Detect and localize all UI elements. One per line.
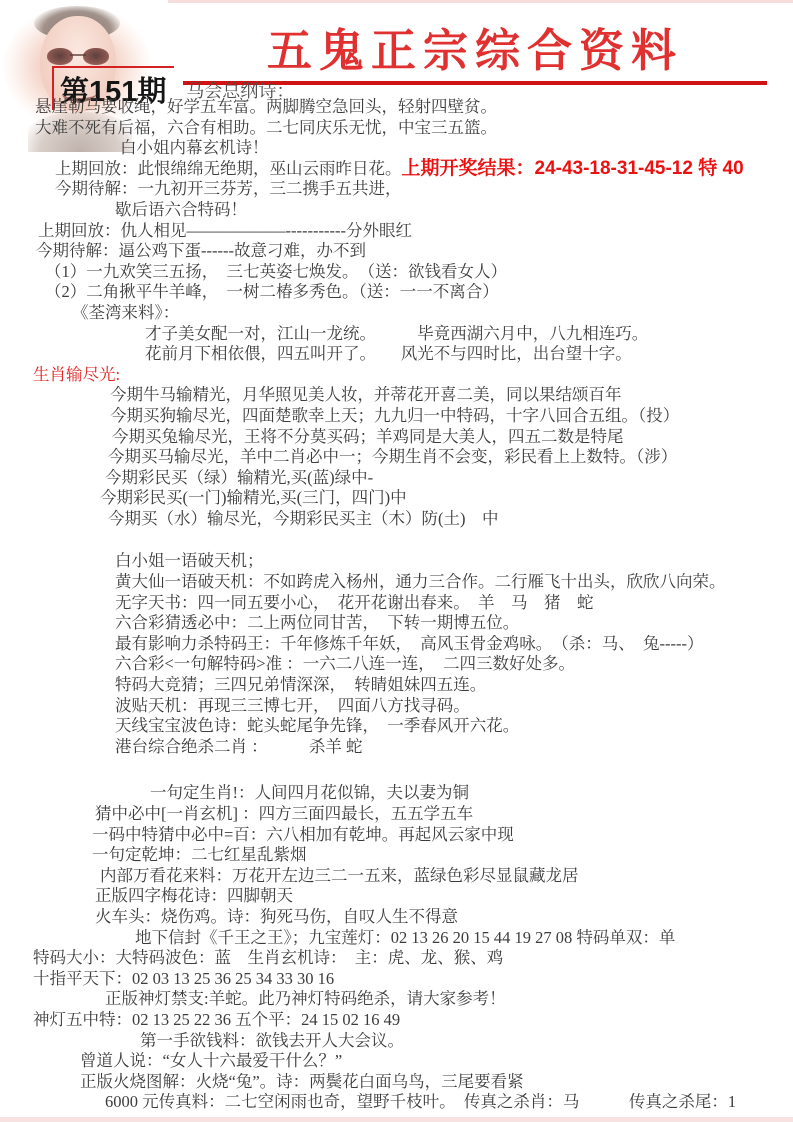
line-text: 今期彩民买（绿）输精光,买(蓝)绿中- [105,468,373,487]
line-text: 内部万看花来料：万花开左边三二一五来，蓝绿色彩尽显鼠藏龙居 [100,866,579,885]
line-text: 波贴天机：再现三三博七开， 四面八方找寻码。 [115,696,470,715]
text-line: 猜中必中[一肖玄机] ：四方三面四最长，五五学五车 [0,804,793,825]
text-line: 第一手欲钱料：欲钱去开人大会议。 [0,1031,793,1052]
text-line: 今期买兔输尽光，王将不分莫买码；羊鸡同是大美人，四五二数是特尾 [0,427,793,448]
text-line: 上期回放：此恨绵绵无绝期，巫山云雨昨日花。上期开奖结果：24-43-18-31-… [0,159,793,180]
line-text: 地下信封《千王之王》；九宝莲灯：02 13 26 20 15 44 19 27 … [135,928,675,947]
text-line: 今期买狗输尽光，四面楚歌幸上天；九九归一中特码，十字八回合五组。（投） [0,406,793,427]
line-text: 神灯五中特：02 13 25 22 36 五个平：24 15 02 16 49 [33,1010,400,1029]
line-text: 白小姐一语破天机； [115,551,264,570]
text-line: 今期买马输尽光，羊中二肖必中一；今期生肖不会变，彩民看上上数特。（涉） [0,447,793,468]
text-line: 一码中特猜中必中=百：六八相加有乾坤。再起风云家中现 [0,825,793,846]
text-line: 一句定生肖!：人间四月花似锦，夫以妻为铜 [0,783,793,804]
line-text: 今期待解：一九初开三芬芳，三二携手五共进， [55,179,402,198]
lines-container: 悬崖勒马要收绳，好学五车富。两脚腾空急回头，轻射四壁贫。大难不死有后福，六合有相… [0,97,793,1113]
text-line: 正版火烧图解：火烧“兔”。诗：两鬓花白面乌鸟，三尾要看紧 [0,1072,793,1093]
line-text: 悬崖勒马要收绳，好学五车富。两脚腾空急回头，轻射四壁贫。 [35,97,497,116]
text-line: 港台综合绝杀二肖 ： 杀羊 蛇 [0,737,793,758]
sunglasses-icon [46,48,110,66]
line-text: 上期回放：此恨绵绵无绝期，巫山云雨昨日花。 [55,159,402,178]
text-line: 六合彩猜透必中：二上两位同甘苦， 下转一期博五位。 [0,613,793,634]
line-text: 港台综合绝杀二肖 ： 杀羊 蛇 [115,737,363,756]
text-line: 6000 元传真料：二七空闲雨也奇，望野千枝叶。 传真之杀肖：马 传真之杀尾：1 [0,1092,793,1113]
text-line: 波贴天机：再现三三博七开， 四面八方找寻码。 [0,696,793,717]
line-text: 最有影响力杀特码王：千年修炼千年妖， 高风玉骨金鸡咏。 （杀：马、 兔-----… [115,634,703,653]
line-text: 特码大小：大特码波色：蓝 生肖玄机诗： 主：虎、龙、猴、鸡 [33,948,503,967]
line-text: 才子美女配一对，江山一龙统。 毕竟西湖六月中，八九相连巧。 [145,324,648,343]
text-line: 生肖输尽光: [0,365,793,386]
text-line: 一句定乾坤：二七红星乱紫烟 [0,845,793,866]
line-text: 天线宝宝波色诗：蛇头蛇尾争先锋， 一季春风开六花。 [115,716,519,735]
text-line: 最有影响力杀特码王：千年修炼千年妖， 高风玉骨金鸡咏。 （杀：马、 兔-----… [0,634,793,655]
text-line: 神灯五中特：02 13 25 22 36 五个平：24 15 02 16 49 [0,1010,793,1031]
line-text: 正版四字梅花诗：四脚朝天 [95,886,293,905]
text-line: 特码大竞猜；三四兄弟情深深， 转睛姐妹四五连。 [0,675,793,696]
text-line: 歇后语六合特码！ [0,200,793,221]
text-line: 花前月下相依偎，四五叫开了。 风光不与四时比，出台望十字。 [0,344,793,365]
text-line: 天线宝宝波色诗：蛇头蛇尾争先锋， 一季春风开六花。 [0,716,793,737]
line-text: 六合彩猜透必中：二上两位同甘苦， 下转一期博五位。 [115,613,519,632]
line-text: 火车头：烧伤鸡。诗：狗死马伤，自叹人生不得意 [95,907,458,926]
text-line: 今期买（水）输尽光，今期彩民买主（木）防(土) 中 [0,509,793,530]
text-line: 今期彩民买(一门)输精光,买(三门，四门)中 [0,488,793,509]
scan-artifact-bottom [0,1117,793,1122]
text-line: 今期待解：一九初开三芬芳，三二携手五共进， [0,179,793,200]
line-text: 一句定乾坤：二七红星乱紫烟 [92,845,307,864]
text-line: 今期待解：逼公鸡下蛋------故意刁难，办不到 [0,241,793,262]
line-text: 今期买马输尽光，羊中二肖必中一；今期生肖不会变，彩民看上上数特。（涉） [108,447,677,466]
line-text: 无字天书：四一同五要小心， 花开花谢出春来。 羊 马 猪 蛇 [115,593,594,612]
text-line: 火车头：烧伤鸡。诗：狗死马伤，自叹人生不得意 [0,907,793,928]
text-line: 特码大小：大特码波色：蓝 生肖玄机诗： 主：虎、龙、猴、鸡 [0,948,793,969]
line-text: 今期买狗输尽光，四面楚歌幸上天；九九归一中特码，十字八回合五组。（投） [110,406,679,425]
text-line: 正版神灯禁支:羊蛇。此乃神灯特码绝杀，请大家参考！ [0,989,793,1010]
text-line: 曾道人说：“女人十六最爱干什么？” [0,1051,793,1072]
text-line: 十指平天下：02 03 13 25 36 25 34 33 30 16 [0,969,793,990]
line-text: 6000 元传真料：二七空闲雨也奇，望野千枝叶。 传真之杀肖：马 传真之杀尾：1 [105,1092,736,1111]
line-text: 一码中特猜中必中=百：六八相加有乾坤。再起风云家中现 [92,825,514,844]
line-text: 今期买兔输尽光，王将不分莫买码；羊鸡同是大美人，四五二数是特尾 [112,427,624,446]
line-text: 特码大竞猜；三四兄弟情深深， 转睛姐妹四五连。 [115,675,486,694]
line-text: 上期回放：仇人相见——————-----------分外眼红 [38,221,412,240]
text-line: （1）一九欢笑三五扬， 三七英姿七焕发。 （送：欲钱看女人） [0,262,793,283]
text-line: 白小姐内幕玄机诗！ [0,138,793,159]
line-text: 第一手欲钱料：欲钱去开人大会议。 [140,1031,404,1050]
text-line: 今期牛马输精光，月华照见美人妆，并蒂花开喜二美，同以果结颂百年 [0,385,793,406]
line-text: 歇后语六合特码！ [115,200,247,219]
text-line: 今期彩民买（绿）输精光,买(蓝)绿中- [0,468,793,489]
line-text: （1）一九欢笑三五扬， 三七英姿七焕发。 （送：欲钱看女人） [45,262,507,281]
line-text: （2）二角揪平牛羊峰， 一树二椿多秀色。（送：一一不离合） [45,282,499,301]
line-text: 今期牛马输精光，月华照见美人妆，并蒂花开喜二美，同以果结颂百年 [110,385,622,404]
text-line: 内部万看花来料：万花开左边三二一五来，蓝绿色彩尽显鼠藏龙居 [0,866,793,887]
line-text: 今期彩民买(一门)输精光,买(三门，四门)中 [100,488,407,507]
text-line: 悬崖勒马要收绳，好学五车富。两脚腾空急回头，轻射四壁贫。 [0,97,793,118]
line-text: 大难不死有后福，六合有相助。二七同庆乐无忧，中宝三五篮。 [35,118,497,137]
line-text: 今期待解：逼公鸡下蛋------故意刁难，办不到 [36,241,366,260]
text-line: 《荃湾来料》： [0,303,793,324]
last-draw-result: 上期开奖结果：24-43-18-31-45-12 特 40 [402,158,744,179]
line-text: 一句定生肖!：人间四月花似锦，夫以妻为铜 [150,783,469,802]
text-line: 地下信封《千王之王》；九宝莲灯：02 13 26 20 15 44 19 27 … [0,928,793,949]
text-line: 六合彩<一句解特码>准 ：一六二八连一连， 二四三数好处多。 [0,654,793,675]
line-text: 猜中必中[一肖玄机] ：四方三面四最长，五五学五车 [95,804,473,823]
line-text: 六合彩<一句解特码>准 ：一六二八连一连， 二四三数好处多。 [115,654,575,673]
line-text: 正版火烧图解：火烧“兔”。诗：两鬓花白面乌鸟，三尾要看紧 [80,1072,524,1091]
text-line: 大难不死有后福，六合有相助。二七同庆乐无忧，中宝三五篮。 [0,118,793,139]
line-text: 花前月下相依偎，四五叫开了。 风光不与四时比，出台望十字。 [145,344,632,363]
line-text: 白小姐内幕玄机诗！ [120,138,269,157]
text-line: （2）二角揪平牛羊峰， 一树二椿多秀色。（送：一一不离合） [0,282,793,303]
text-line: 上期回放：仇人相见——————-----------分外眼红 [0,221,793,242]
line-text: 今期买（水）输尽光，今期彩民买主（木）防(土) 中 [108,509,499,528]
text-line: 才子美女配一对，江山一龙统。 毕竟西湖六月中，八九相连巧。 [0,324,793,345]
text-line: 白小姐一语破天机； [0,551,793,572]
scan-artifact-top [112,0,793,3]
text-line: 正版四字梅花诗：四脚朝天 [0,886,793,907]
line-text: 生肖输尽光: [33,365,120,384]
line-text: 正版神灯禁支:羊蛇。此乃神灯特码绝杀，请大家参考！ [105,989,506,1008]
line-text: 黄大仙一语破天机：不如跨虎入杨州，通力三合作。二行雁飞十出头，欣欣八向荣。 [115,572,726,591]
line-text: 十指平天下：02 03 13 25 36 25 34 33 30 16 [33,969,334,988]
text-line: 黄大仙一语破天机：不如跨虎入杨州，通力三合作。二行雁飞十出头，欣欣八向荣。 [0,572,793,593]
text-line: 无字天书：四一同五要小心， 花开花谢出春来。 羊 马 猪 蛇 [0,593,793,614]
line-text: 曾道人说：“女人十六最爱干什么？” [80,1051,342,1070]
line-text: 《荃湾来料》： [72,303,179,322]
